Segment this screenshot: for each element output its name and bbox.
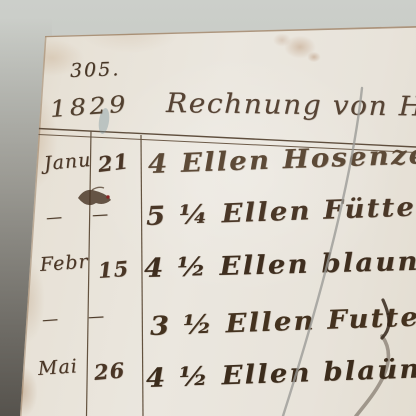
ink-blot-stroke bbox=[92, 187, 104, 190]
column-rule-month-day bbox=[87, 131, 92, 416]
row-4-month-ditto: — bbox=[41, 309, 58, 329]
row-2-month-ditto: — bbox=[45, 207, 62, 227]
row-4-day-ditto: — bbox=[88, 306, 105, 326]
row-5-month: Mai bbox=[37, 355, 78, 380]
row-2-day-ditto: — bbox=[92, 204, 109, 224]
row-5-entry: 4 ½ Ellen blaün L bbox=[145, 353, 416, 394]
row-3-entry: 4 ½ Ellen blaun H bbox=[144, 246, 416, 284]
edge-notch bbox=[241, 26, 245, 30]
row-3-day: 15 bbox=[97, 256, 130, 283]
row-1-month: Janu bbox=[43, 149, 92, 175]
row-5-day: 26 bbox=[93, 357, 126, 385]
ledger-paper: 305. 1829 Rechnung von Herb Janu 21 4 El… bbox=[0, 0, 416, 416]
red-ink-dot bbox=[106, 195, 109, 198]
photo-of-ledger-page: 305. 1829 Rechnung von Herb Janu 21 4 El… bbox=[0, 0, 416, 416]
row-2-entry: 5 ¼ Ellen Fütter bbox=[145, 192, 416, 232]
row-4-entry: 3 ½ Ellen Futter bbox=[149, 302, 416, 342]
paper-top-edge bbox=[45, 27, 416, 37]
year-label: 1829 bbox=[49, 92, 130, 123]
ink-blot bbox=[78, 190, 111, 205]
row-1-entry: 4 Ellen Hosenzeug bbox=[147, 139, 416, 180]
row-1-day: 21 bbox=[96, 148, 130, 177]
page-number: 305. bbox=[70, 58, 121, 82]
column-rule-day-entry bbox=[141, 135, 143, 416]
row-3-month: Febr bbox=[39, 251, 89, 276]
heading-script: Rechnung von Herb bbox=[166, 88, 416, 123]
